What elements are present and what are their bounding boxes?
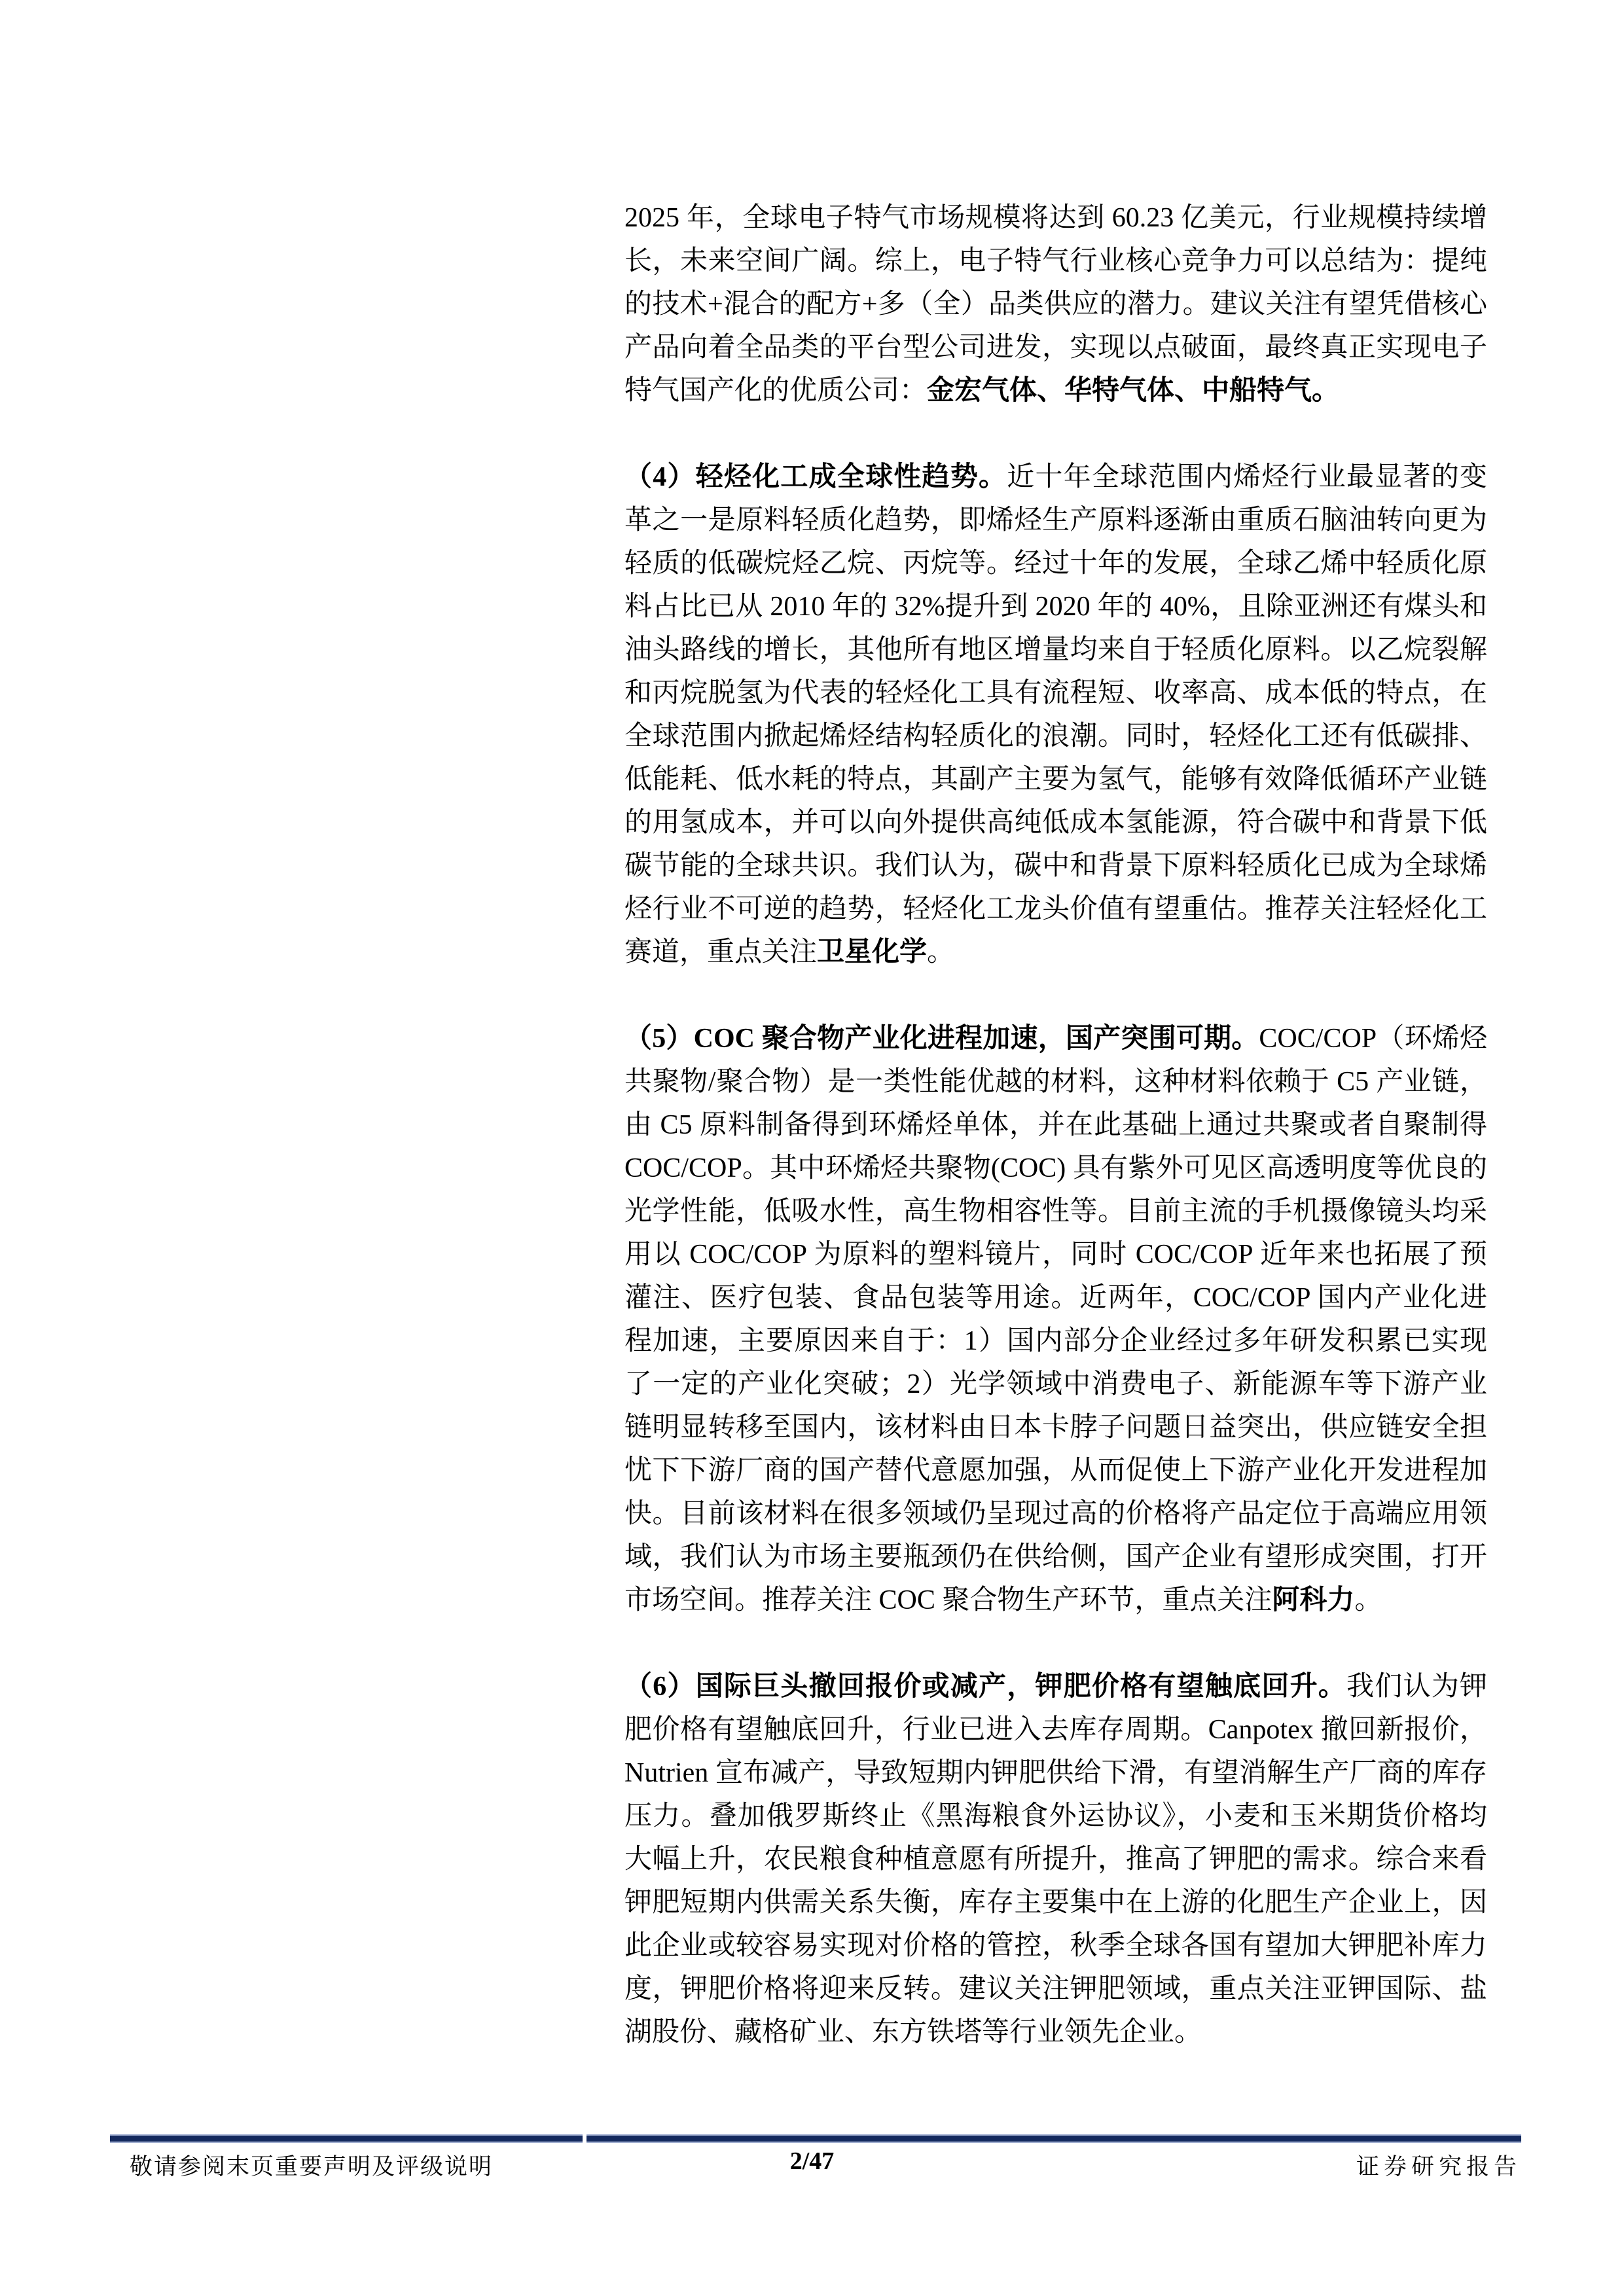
bold-text-run: 阿科力 (1272, 1585, 1354, 1615)
footer-rule (110, 2134, 1521, 2143)
text-run: 。 (927, 937, 954, 967)
footer-rule-segment-left (110, 2134, 583, 2143)
body-text: 2025 年，全球电子特气市场规模将达到 60.23 亿美元，行业规模持续增长，… (624, 196, 1487, 2097)
report-page: 2025 年，全球电子特气市场规模将达到 60.23 亿美元，行业规模持续增长，… (0, 0, 1624, 2296)
text-run: 近十年全球范围内烯烃行业最显著的变革之一是原料轻质化趋势，即烯烃生产原料逐渐由重… (624, 462, 1487, 967)
footer-rule-segment-right (586, 2134, 1521, 2143)
paragraph: （6）国际巨头撤回报价或减产，钾肥价格有望触底回升。我们认为钾肥价格有望触底回升… (624, 1665, 1487, 2054)
paragraph: 2025 年，全球电子特气市场规模将达到 60.23 亿美元，行业规模持续增长，… (624, 196, 1487, 412)
text-run: COC/COP（环烯烃共聚物/聚合物）是一类性能优越的材料，这种材料依赖于 C5… (624, 1024, 1487, 1615)
footer-report-type: 证券研究报告 (1356, 2149, 1521, 2181)
bold-text-run: 卫星化学 (817, 937, 927, 967)
bold-text-run: （4）轻烃化工成全球性趋势。 (624, 462, 1007, 492)
bold-text-run: （6）国际巨头撤回报价或减产，钾肥价格有望触底回升。 (624, 1672, 1346, 1702)
bold-text-run: （5）COC 聚合物产业化进程加速，国产突围可期。 (624, 1024, 1259, 1054)
text-run: 。 (1354, 1585, 1382, 1615)
bold-text-run: 金宏气体、华特气体、中船特气。 (927, 376, 1339, 406)
paragraph: （5）COC 聚合物产业化进程加速，国产突围可期。COC/COP（环烯烃共聚物/… (624, 1017, 1487, 1622)
text-run: 我们认为钾肥价格有望触底回升，行业已进入去库存周期。Canpotex 撤回新报价… (624, 1672, 1487, 2047)
paragraph: （4）轻烃化工成全球性趋势。近十年全球范围内烯烃行业最显著的变革之一是原料轻质化… (624, 456, 1487, 974)
